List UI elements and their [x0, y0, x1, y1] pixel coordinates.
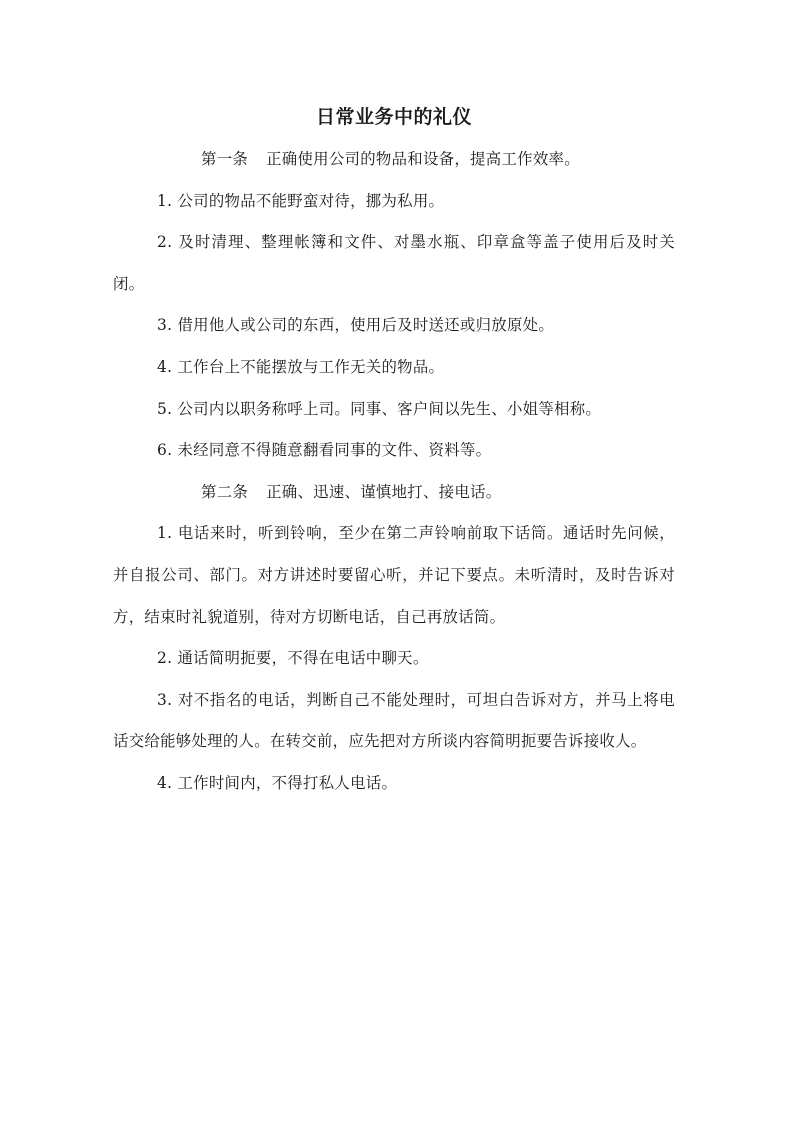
article-1-heading: 第一条正确使用公司的物品和设备，提高工作效率。 [113, 139, 675, 181]
article-number: 第二条 [157, 472, 248, 514]
article-2-heading: 第二条正确、迅速、谨慎地打、接电话。 [113, 472, 675, 514]
article-1-item-1: 1. 公司的物品不能野蛮对待，挪为私用。 [113, 181, 675, 223]
article-2-item-2: 2. 通话简明扼要，不得在电话中聊天。 [113, 638, 675, 680]
article-1-item-2: 2. 及时清理、整理帐簿和文件、对墨水瓶、印章盒等盖子使用后及时关闭。 [113, 222, 675, 305]
document-page: 日常业务中的礼仪 第一条正确使用公司的物品和设备，提高工作效率。 1. 公司的物… [113, 98, 675, 805]
article-1-item-6: 6. 未经同意不得随意翻看同事的文件、资料等。 [113, 430, 675, 472]
article-2-item-3: 3. 对不指名的电话，判断自己不能处理时，可坦白告诉对方，并马上将电话交给能够处… [113, 680, 675, 763]
article-number: 第一条 [157, 139, 248, 181]
article-2-item-1: 1. 电话来时，听到铃响，至少在第二声铃响前取下话筒。通话时先问候，并自报公司、… [113, 513, 675, 638]
article-1-item-4: 4. 工作台上不能摆放与工作无关的物品。 [113, 347, 675, 389]
article-heading-text: 正确、迅速、谨慎地打、接电话。 [266, 483, 501, 501]
document-title: 日常业务中的礼仪 [113, 98, 675, 136]
article-2-item-4: 4. 工作时间内，不得打私人电话。 [113, 763, 675, 805]
article-1-item-3: 3. 借用他人或公司的东西，使用后及时送还或归放原处。 [113, 305, 675, 347]
article-heading-text: 正确使用公司的物品和设备，提高工作效率。 [266, 150, 580, 168]
article-1-item-5: 5. 公司内以职务称呼上司。同事、客户间以先生、小姐等相称。 [113, 389, 675, 431]
